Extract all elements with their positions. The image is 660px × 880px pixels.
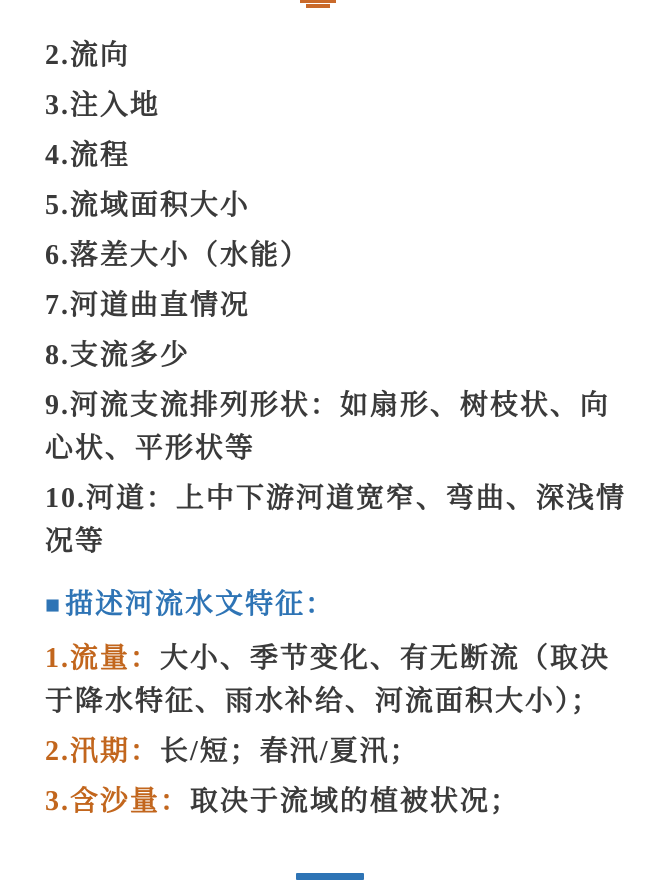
section-heading: ■描述河流水文特征： xyxy=(45,583,620,627)
list-item-3-outflow-destination: 3.注入地 xyxy=(45,84,620,127)
list-item-10-channel-profile: 10.河道：上中下游河道宽窄、弯曲、深浅情 况等 xyxy=(45,477,620,563)
list-item-2-flow-direction: 2.流向 xyxy=(45,34,620,77)
hydro-item-3-sediment: 3.含沙量：取决于流域的植被状况； xyxy=(45,780,620,823)
hydro-item-1-discharge: 1.流量：大小、季节变化、有无断流（取决 于降水特征、雨水补给、河流面积大小）； xyxy=(45,637,620,723)
list-item-5-basin-area: 5.流域面积大小 xyxy=(45,184,620,227)
list-item-4-course-length: 4.流程 xyxy=(45,134,620,177)
hydro-desc-flood-season: 长/短；春汛/夏汛； xyxy=(160,736,420,767)
list-item-8-tributaries: 8.支流多少 xyxy=(45,334,620,377)
hydro-term-flood-season: 2.汛期： xyxy=(45,736,160,767)
hydro-desc-sediment: 取决于流域的植被状况； xyxy=(190,786,520,817)
hydro-item-2-flood-season: 2.汛期：长/短；春汛/夏汛； xyxy=(45,730,620,773)
list-item-9-tributary-pattern: 9.河流支流排列形状：如扇形、树枝状、向 心状、平形状等 xyxy=(45,384,620,470)
hydro-term-sediment: 3.含沙量： xyxy=(45,786,190,817)
bottom-cutoff-bar-ornament xyxy=(296,873,364,880)
notes-content: 2.流向 3.注入地 4.流程 5.流域面积大小 6.落差大小（水能） 7.河道… xyxy=(45,34,620,830)
square-bullet-icon: ■ xyxy=(45,592,62,619)
section-heading-text: 描述河流水文特征： xyxy=(65,589,335,620)
hydro-term-discharge: 1.流量： xyxy=(45,643,160,674)
list-item-7-channel-curvature: 7.河道曲直情况 xyxy=(45,284,620,327)
list-item-6-drop-height: 6.落差大小（水能） xyxy=(45,234,620,277)
